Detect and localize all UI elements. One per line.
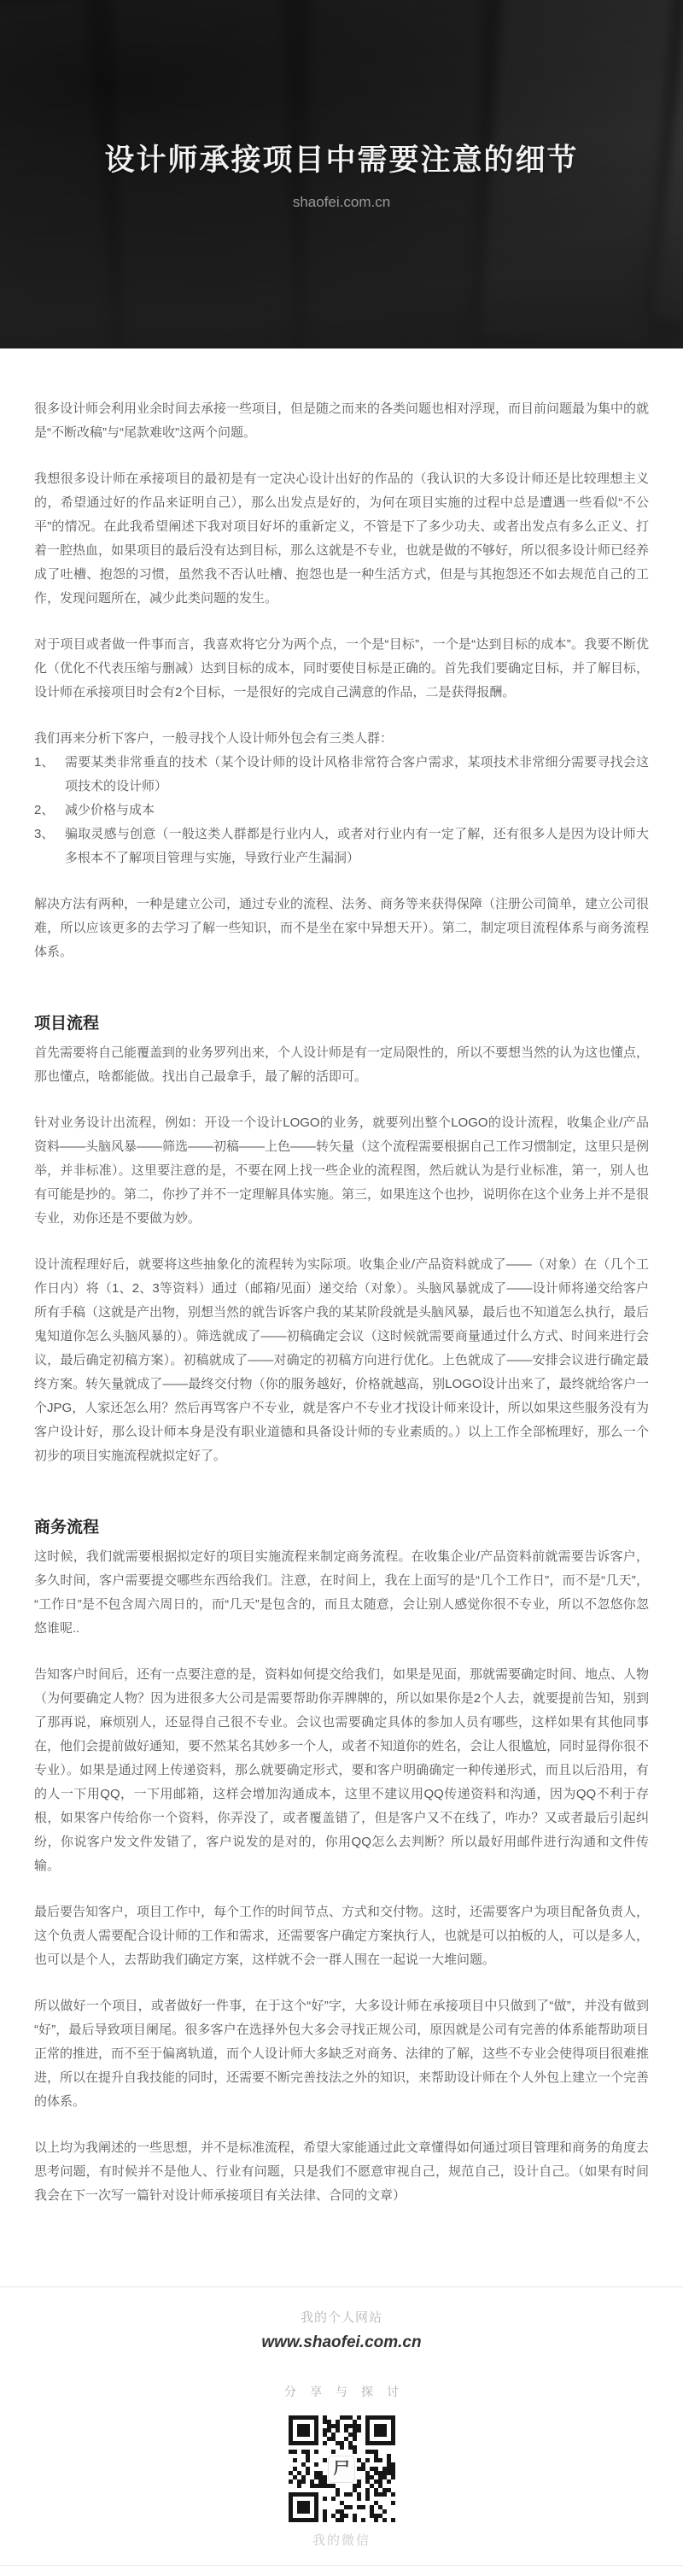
- list-item-number: 3、: [34, 823, 54, 846]
- section-heading: 商务流程: [34, 1518, 649, 1538]
- paragraph: 以上均为我阐述的一些思想，并不是标准流程，希望大家能通过此文章懂得如何通过项目管…: [34, 2136, 649, 2208]
- list-intro: 我们再来分析下客户，一般寻找个人设计师外包会有三类人群：: [34, 727, 649, 751]
- list-item-text: 骗取灵感与创意（一般这类人群都是行业内人，或者对行业内有一定了解，还有很多人是因…: [65, 827, 649, 865]
- paragraph: 针对业务设计出流程，例如：开设一个设计LOGO的业务，就要列出整个LOGO的设计…: [34, 1111, 649, 1231]
- personal-site-label: 我的个人网站: [0, 2308, 683, 2326]
- paragraph: 对于项目或者做一件事而言，我喜欢将它分为两个点，一个是“目标”，一个是“达到目标…: [34, 633, 649, 705]
- paragraph: 解决方法有两种，一种是建立公司，通过专业的流程、法务、商务等来获得保障（注册公司…: [34, 893, 649, 964]
- hero-banner: 设计师承接项目中需要注意的细节 shaofei.com.cn: [0, 0, 683, 348]
- list-item-number: 1、: [34, 751, 54, 775]
- paragraph: 设计流程理好后，就要将这些抽象化的流程转为实际项。收集企业/产品资料就成了——（…: [34, 1253, 649, 1468]
- share-discuss-label: 分享与探讨: [0, 2383, 683, 2400]
- page-footer: 我的个人网站 www.shaofei.com.cn 分享与探讨 尸 我的微信: [0, 2286, 683, 2576]
- paragraph: 告知客户时间后，还有一点要注意的是，资料如何提交给我们，如果是见面，那就需要确定…: [34, 1663, 649, 1878]
- qr-center-logo: 尸: [328, 2456, 355, 2483]
- paragraph: 首先需要将自己能覆盖到的业务罗列出来，个人设计师是有一定局限性的，所以不要想当然…: [34, 1041, 649, 1089]
- footer-divider: [0, 2565, 683, 2576]
- list-item: 3、骗取灵感与创意（一般这类人群都是行业内人，或者对行业内有一定了解，还有很多人…: [34, 823, 649, 870]
- site-domain-subtitle: shaofei.com.cn: [0, 194, 683, 211]
- paragraph: 我想很多设计师在承接项目的最初是有一定决心设计出好的作品的（我认识的大多设计师还…: [34, 467, 649, 611]
- list-item-number: 2、: [34, 799, 54, 823]
- list-item-text: 需要某类非常垂直的技术（某个设计师的设计风格非常符合客户需求，某项技术非常细分需…: [65, 755, 649, 793]
- wechat-label: 我的微信: [0, 2531, 683, 2549]
- paragraph: 很多设计师会利用业余时间去承接一些项目，但是随之而来的各类问题也相对浮现，而目前…: [34, 397, 649, 445]
- paragraph: 所以做好一个项目，或者做好一件事，在于这个“好”字，大多设计师在承接项目中只做到…: [34, 1994, 649, 2114]
- site-url-link[interactable]: www.shaofei.com.cn: [0, 2333, 683, 2352]
- page-title: 设计师承接项目中需要注意的细节: [0, 137, 683, 179]
- paragraph: 最后要告知客户，项目工作中，每个工作的时间节点、方式和交付物。这时，还需要客户为…: [34, 1900, 649, 1972]
- list-item: 1、需要某类非常垂直的技术（某个设计师的设计风格非常符合客户需求，某项技术非常细…: [34, 751, 649, 799]
- section-heading: 项目流程: [34, 1014, 649, 1034]
- list-item: 2、减少价格与成本: [34, 799, 649, 823]
- wechat-qr-code: 尸: [287, 2415, 397, 2523]
- client-types-list: 我们再来分析下客户，一般寻找个人设计师外包会有三类人群：1、需要某类非常垂直的技…: [34, 727, 649, 870]
- article-body: 很多设计师会利用业余时间去承接一些项目，但是随之而来的各类问题也相对浮现，而目前…: [0, 348, 683, 2286]
- list-item-text: 减少价格与成本: [65, 803, 155, 817]
- paragraph: 这时候，我们就需要根据拟定好的项目实施流程来制定商务流程。在收集企业/产品资料前…: [34, 1545, 649, 1641]
